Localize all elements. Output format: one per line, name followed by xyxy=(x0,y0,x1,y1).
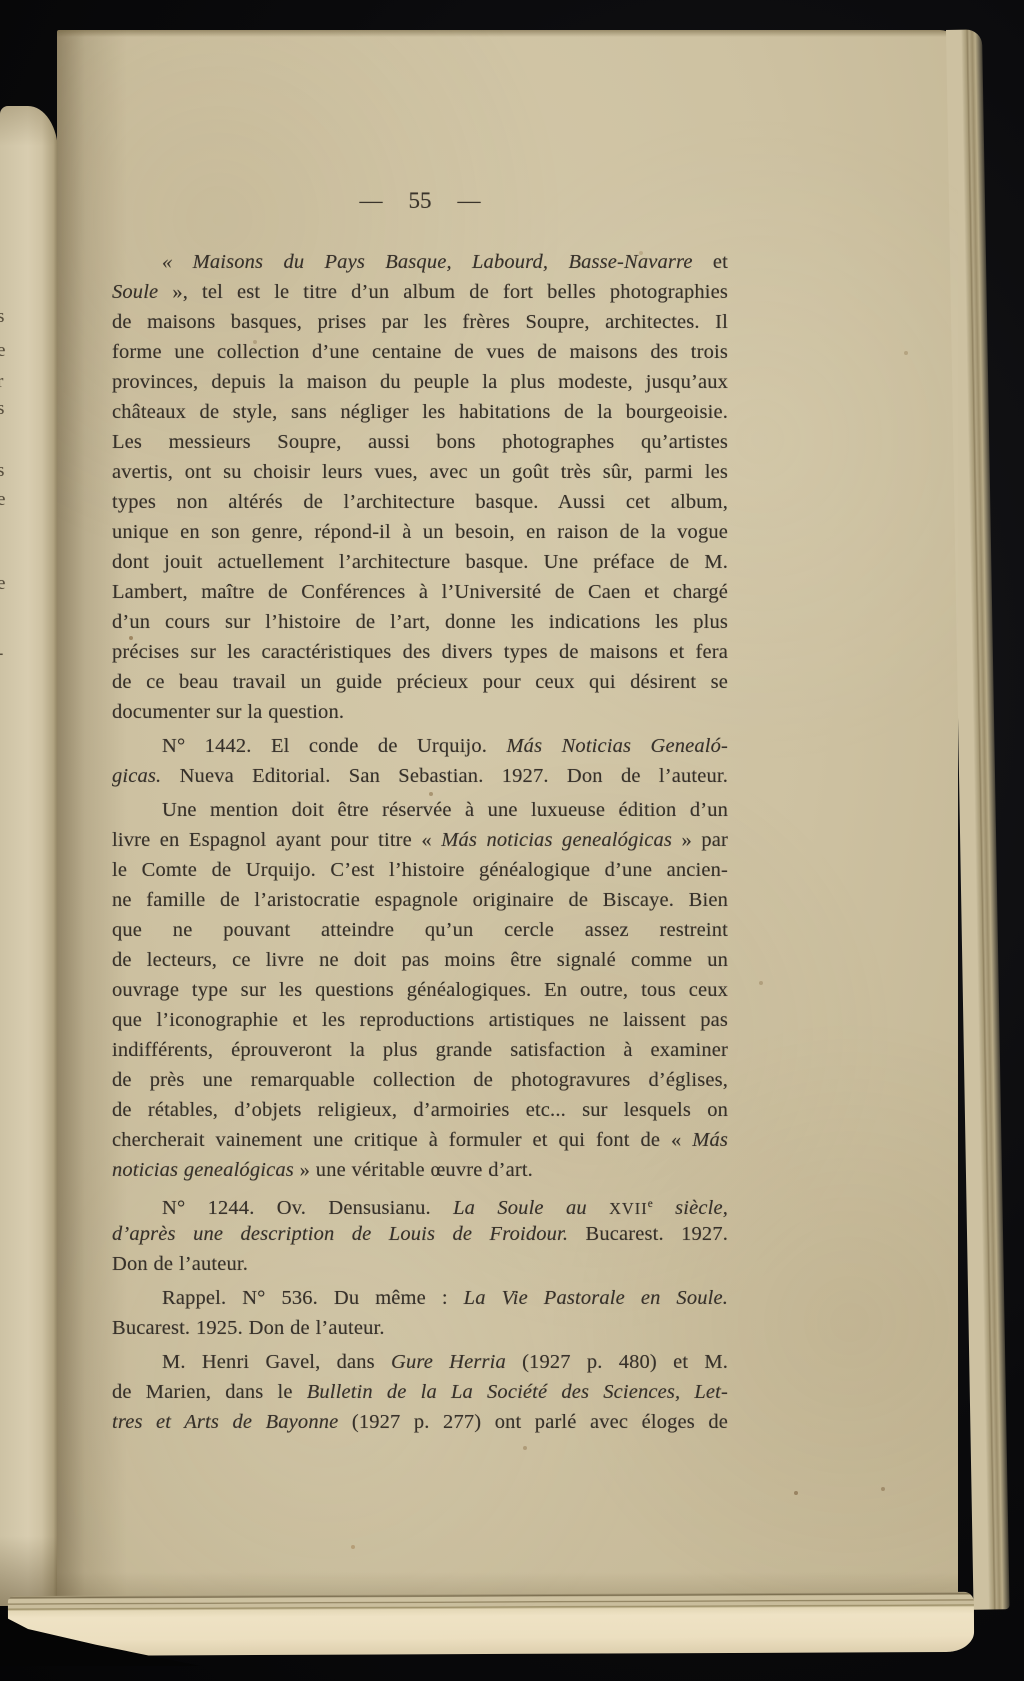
text-segment: N° 1442. El conde de Urquijo. xyxy=(162,735,506,757)
text-segment: précises sur les caractéristiques des di… xyxy=(112,641,728,663)
paragraph: « Maisons du Pays Basque, Labourd, Basse… xyxy=(112,247,728,727)
text-segment: La Soule au xyxy=(453,1197,609,1219)
text-line: chercherait vainement une critique à for… xyxy=(112,1125,728,1155)
text-segment: Más Noticias Genealó- xyxy=(506,735,728,757)
text-line: Don de l’auteur. xyxy=(112,1249,728,1279)
text-line: châteaux de style, sans négliger les hab… xyxy=(112,397,728,427)
text-segment: » une véritable œuvre d’art. xyxy=(294,1159,533,1181)
text-segment: avertis, ont su choisir leurs vues, avec… xyxy=(112,461,728,483)
text-segment: Más noticias genealógicas xyxy=(441,829,672,851)
text-segment: types non altérés de l’architecture basq… xyxy=(112,491,728,513)
text-segment: châteaux de style, sans négliger les hab… xyxy=(112,401,728,423)
text-block: « Maisons du Pays Basque, Labourd, Basse… xyxy=(112,247,728,1437)
margin-mark: s xyxy=(0,398,4,420)
text-line: N° 1244. Ov. Densusianu. La Soule au XVI… xyxy=(112,1189,728,1219)
text-segment: noticias genealógicas xyxy=(112,1159,294,1181)
text-segment: Más xyxy=(692,1129,728,1151)
text-line: avertis, ont su choisir leurs vues, avec… xyxy=(112,457,728,487)
text-segment: Bucarest. 1927. xyxy=(568,1223,728,1245)
text-line: noticias genealógicas » une véritable œu… xyxy=(112,1155,728,1185)
page-number: — 55 — xyxy=(112,188,728,214)
text-line: de rétables, d’objets religieux, d’armoi… xyxy=(112,1095,728,1125)
text-segment: ne famille de l’aristocratie espagnole o… xyxy=(112,889,728,911)
text-line: Lambert, maître de Conférences à l’Unive… xyxy=(112,577,728,607)
text-line: gicas. Nueva Editorial. San Sebastian. 1… xyxy=(112,761,728,791)
page-number-value: 55 xyxy=(409,188,432,214)
text-segment: (1927 p. 480) et M. xyxy=(506,1351,728,1373)
text-segment: le Comte de Urquijo. C’est l’histoire gé… xyxy=(112,859,728,881)
text-segment: Soule xyxy=(112,281,158,303)
margin-mark: r xyxy=(0,371,3,393)
text-line: d’un cours sur l’histoire de l’art, donn… xyxy=(112,607,728,637)
text-segment: XVII xyxy=(609,1199,648,1218)
margin-mark: e xyxy=(0,573,5,595)
paragraph: Rappel. N° 536. Du même : La Vie Pastora… xyxy=(112,1283,728,1343)
text-line: précises sur les caractéristiques des di… xyxy=(112,637,728,667)
text-line: le Comte de Urquijo. C’est l’histoire gé… xyxy=(112,855,728,885)
text-segment: provinces, depuis la maison du peuple la… xyxy=(112,371,728,393)
paragraph: N° 1244. Ov. Densusianu. La Soule au XVI… xyxy=(112,1189,728,1279)
text-segment: forme une collection d’une centaine de v… xyxy=(112,341,728,363)
margin-mark: s xyxy=(0,460,4,482)
text-segment: dont jouit actuellement l’architecture b… xyxy=(112,551,728,573)
foxing-specks xyxy=(0,0,2,2)
text-segment: unique en son genre, répond-il à un beso… xyxy=(112,521,728,543)
text-line: provinces, depuis la maison du peuple la… xyxy=(112,367,728,397)
text-line: forme une collection d’une centaine de v… xyxy=(112,337,728,367)
text-line: « Maisons du Pays Basque, Labourd, Basse… xyxy=(112,247,728,277)
text-segment: La Vie Pastorale en Soule. xyxy=(464,1287,728,1309)
text-segment: et xyxy=(693,251,728,273)
text-segment: ouvrage type sur les questions généalogi… xyxy=(112,979,728,1001)
text-segment: Don de l’auteur. xyxy=(112,1253,248,1275)
text-segment: de Marien, dans le xyxy=(112,1381,307,1403)
text-segment: Lambert, maître de Conférences à l’Unive… xyxy=(112,581,728,603)
text-line: de maisons basques, prises par les frère… xyxy=(112,307,728,337)
text-line: M. Henri Gavel, dans Gure Herria (1927 p… xyxy=(112,1347,728,1377)
text-line: ne famille de l’aristocratie espagnole o… xyxy=(112,885,728,915)
book-page-scan: — 55 — « Maisons du Pays Basque, Labourd… xyxy=(0,0,1024,1681)
text-segment: siècle, xyxy=(653,1197,728,1219)
page-bottom-edges xyxy=(8,1592,974,1656)
paragraph: N° 1442. El conde de Urquijo. Más Notici… xyxy=(112,731,728,791)
text-line: Les messieurs Soupre, aussi bons photogr… xyxy=(112,427,728,457)
text-segment: M. Henri Gavel, dans xyxy=(162,1351,391,1373)
paragraph: Une mention doit être réservée à une lux… xyxy=(112,795,728,1185)
text-segment: Les messieurs Soupre, aussi bons photogr… xyxy=(112,431,728,453)
text-segment: de maisons basques, prises par les frère… xyxy=(112,311,728,333)
margin-mark: e xyxy=(0,489,5,511)
text-line: tres et Arts de Bayonne (1927 p. 277) on… xyxy=(112,1407,728,1437)
text-segment: documenter sur la question. xyxy=(112,701,344,723)
text-segment: Une mention doit être réservée à une lux… xyxy=(162,799,728,821)
text-segment: Rappel. N° 536. Du même : xyxy=(162,1287,464,1309)
text-segment: Nueva Editorial. San Sebastian. 1927. Do… xyxy=(161,765,728,787)
text-line: livre en Espagnol ayant pour titre « Más… xyxy=(112,825,728,855)
text-segment: indifférents, éprouveront la plus grande… xyxy=(112,1039,728,1061)
margin-mark: - xyxy=(0,643,3,665)
text-segment: Gure Herria xyxy=(391,1351,506,1373)
paragraph: M. Henri Gavel, dans Gure Herria (1927 p… xyxy=(112,1347,728,1437)
text-segment: Bulletin de la La Société des Sciences, … xyxy=(307,1381,728,1403)
text-segment: d’après une description de Louis de Froi… xyxy=(112,1223,568,1245)
text-segment: de rétables, d’objets religieux, d’armoi… xyxy=(112,1099,728,1121)
text-line: d’après une description de Louis de Froi… xyxy=(112,1219,728,1249)
text-segment: que l’iconographie et les reproductions … xyxy=(112,1009,728,1031)
margin-mark: s xyxy=(0,306,4,328)
text-line: que l’iconographie et les reproductions … xyxy=(112,1005,728,1035)
text-segment: de près une remarquable collection de ph… xyxy=(112,1069,728,1091)
text-segment: Bucarest. 1925. Don de l’auteur. xyxy=(112,1317,385,1339)
text-line: indifférents, éprouveront la plus grande… xyxy=(112,1035,728,1065)
text-line: documenter sur la question. xyxy=(112,697,728,727)
text-segment: de lecteurs, ce livre ne doit pas moins … xyxy=(112,949,728,971)
text-line: de Marien, dans le Bulletin de la La Soc… xyxy=(112,1377,728,1407)
text-line: types non altérés de l’architecture basq… xyxy=(112,487,728,517)
text-line: dont jouit actuellement l’architecture b… xyxy=(112,547,728,577)
text-segment: gicas. xyxy=(112,765,161,787)
text-line: Rappel. N° 536. Du même : La Vie Pastora… xyxy=(112,1283,728,1313)
text-segment: (1927 p. 277) ont parlé avec éloges de xyxy=(338,1411,728,1433)
text-segment: » par xyxy=(672,829,728,851)
text-segment: chercherait vainement une critique à for… xyxy=(112,1129,692,1151)
text-segment: tres et Arts de Bayonne xyxy=(112,1411,338,1433)
text-segment: de ce beau travail un guide précieux pou… xyxy=(112,671,728,693)
page-number-dash-right: — xyxy=(458,188,481,214)
text-line: Soule », tel est le titre d’un album de … xyxy=(112,277,728,307)
text-segment: N° 1244. Ov. Densusianu. xyxy=(162,1197,453,1219)
facing-page-edge xyxy=(0,106,58,1606)
text-line: Une mention doit être réservée à une lux… xyxy=(112,795,728,825)
text-segment: », tel est le titre d’un album de fort b… xyxy=(158,281,728,303)
text-line: de ce beau travail un guide précieux pou… xyxy=(112,667,728,697)
text-segment: d’un cours sur l’histoire de l’art, donn… xyxy=(112,611,728,633)
text-segment: « Maisons du Pays Basque, Labourd, Basse… xyxy=(162,251,693,273)
text-line: unique en son genre, répond-il à un beso… xyxy=(112,517,728,547)
text-line: de près une remarquable collection de ph… xyxy=(112,1065,728,1095)
text-segment: livre en Espagnol ayant pour titre « xyxy=(112,829,441,851)
text-segment: que ne pouvant atteindre qu’un cercle as… xyxy=(112,919,728,941)
margin-mark: e xyxy=(0,340,5,362)
page-number-dash-left: — xyxy=(360,188,383,214)
text-line: Bucarest. 1925. Don de l’auteur. xyxy=(112,1313,728,1343)
text-line: N° 1442. El conde de Urquijo. Más Notici… xyxy=(112,731,728,761)
text-line: que ne pouvant atteindre qu’un cercle as… xyxy=(112,915,728,945)
text-line: de lecteurs, ce livre ne doit pas moins … xyxy=(112,945,728,975)
text-line: ouvrage type sur les questions généalogi… xyxy=(112,975,728,1005)
